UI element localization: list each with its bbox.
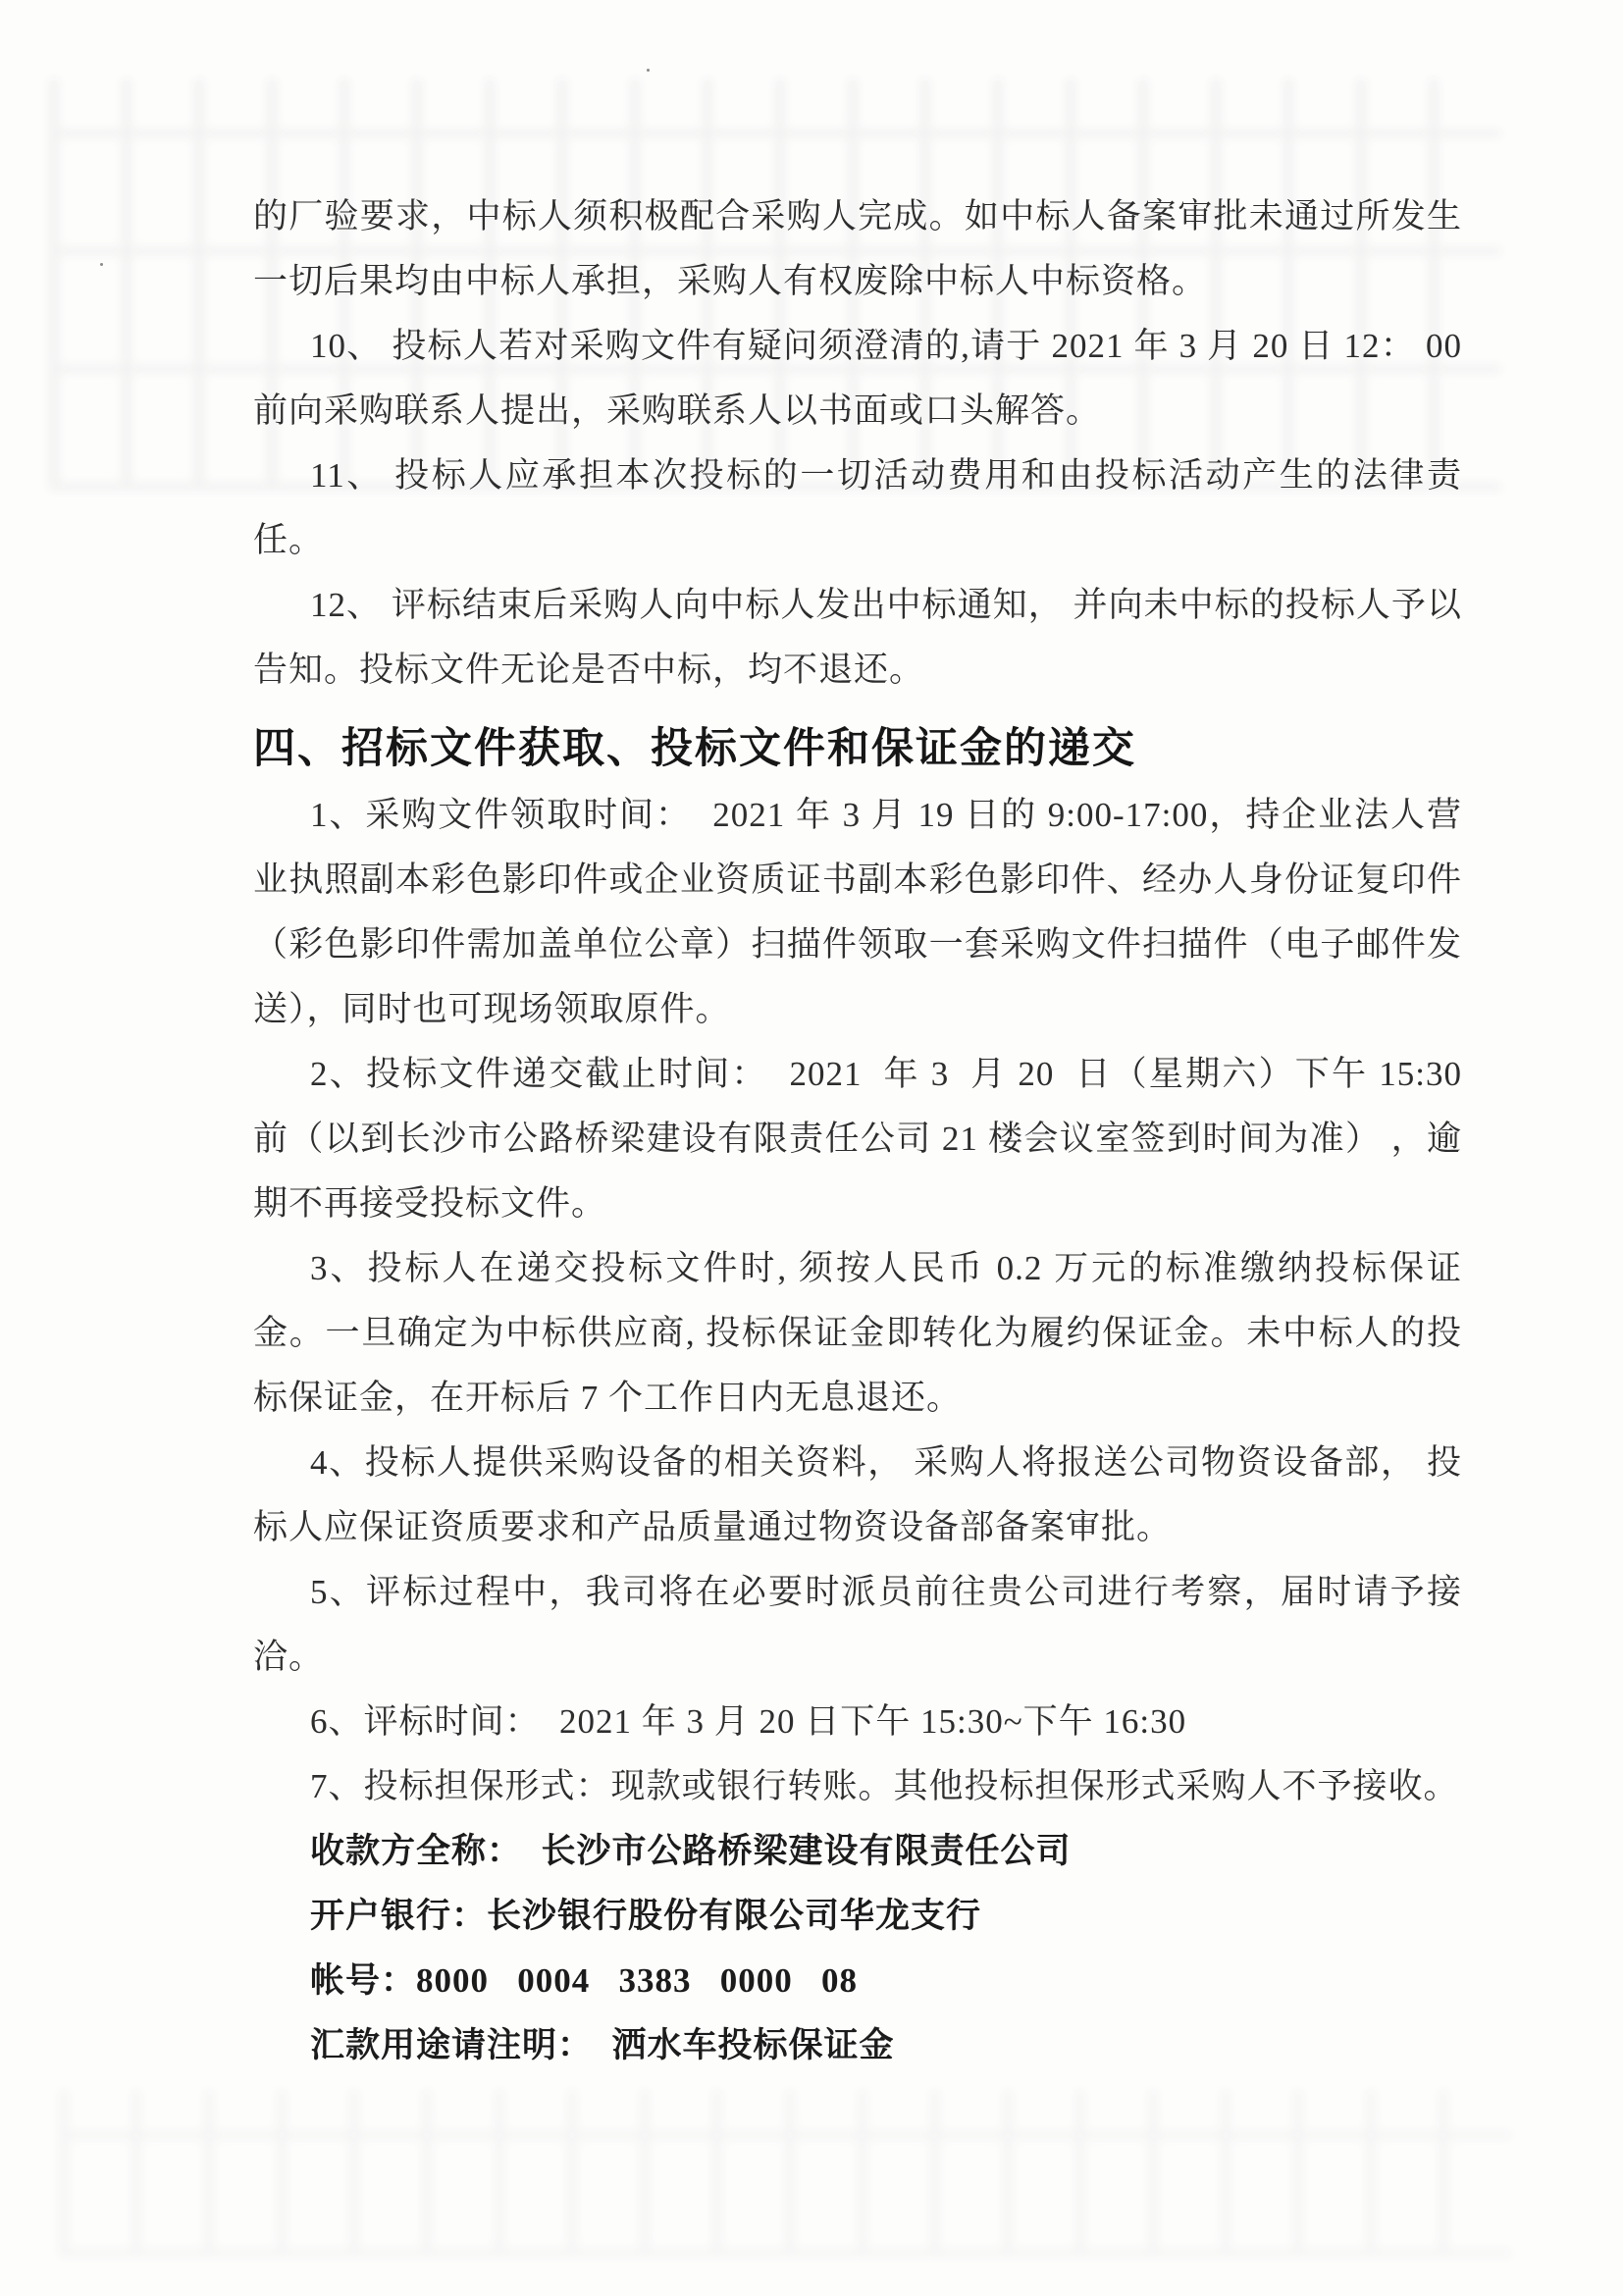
item-4-equipment-materials: 4、投标人提供采购设备的相关资料， 采购人将报送公司物资设备部， 投标人应保证资… [253,1431,1462,1560]
item-1-document-pickup-time: 1、采购文件领取时间： 2021 年 3 月 19 日的 9:00-17:00，… [253,783,1462,1042]
scanned-document-page: 的厂验要求，中标人须积极配合采购人完成。如中标人备案审批未通过所发生一切后果均由… [0,0,1623,2296]
clause-12: 12、 评标结束后采购人向中标人发出中标通知， 并向未中标的投标人予以告知。投标… [253,573,1462,703]
scan-speck [647,69,650,72]
item-3-bid-deposit: 3、投标人在递交投标文件时, 须按人民币 0.2 万元的标准缴纳投标保证金。一旦… [253,1236,1462,1431]
remittance-purpose-line: 汇款用途请注明： 洒水车投标保证金 [253,2013,1462,2078]
continuation-from-previous-page: 的厂验要求，中标人须积极配合采购人完成。如中标人备案审批未通过所发生一切后果均由… [253,184,1462,314]
bank-name-line: 开户银行：长沙银行股份有限公司华龙支行 [253,1884,1462,1949]
item-7-guarantee-form: 7、投标担保形式：现款或银行转账。其他投标担保形式采购人不予接收。 [253,1754,1462,1819]
section-4-heading: 四、招标文件获取、投标文件和保证金的递交 [253,716,1462,783]
account-number-line: 帐号：8000 0004 3383 0000 08 [253,1949,1462,2013]
item-6-evaluation-time: 6、评标时间： 2021 年 3 月 20 日下午 15:30~下午 16:30 [253,1690,1462,1754]
item-5-evaluation-inspection: 5、评标过程中，我司将在必要时派员前往贵公司进行考察，届时请予接洽。 [253,1560,1462,1690]
scan-speck [100,263,103,266]
payee-name-line: 收款方全称： 长沙市公路桥梁建设有限责任公司 [253,1819,1462,1884]
bleedthrough-smudge-bottom [59,2090,1511,2257]
clause-10: 10、 投标人若对采购文件有疑问须澄清的,请于 2021 年 3 月 20 日 … [253,314,1462,444]
clause-11: 11、 投标人应承担本次投标的一切活动费用和由投标活动产生的法律责任。 [253,444,1462,573]
document-body: 的厂验要求，中标人须积极配合采购人完成。如中标人备案审批未通过所发生一切后果均由… [253,184,1462,2078]
item-2-bid-submission-deadline: 2、投标文件递交截止时间： 2021 年 3 月 20 日（星期六）下午 15:… [253,1042,1462,1236]
